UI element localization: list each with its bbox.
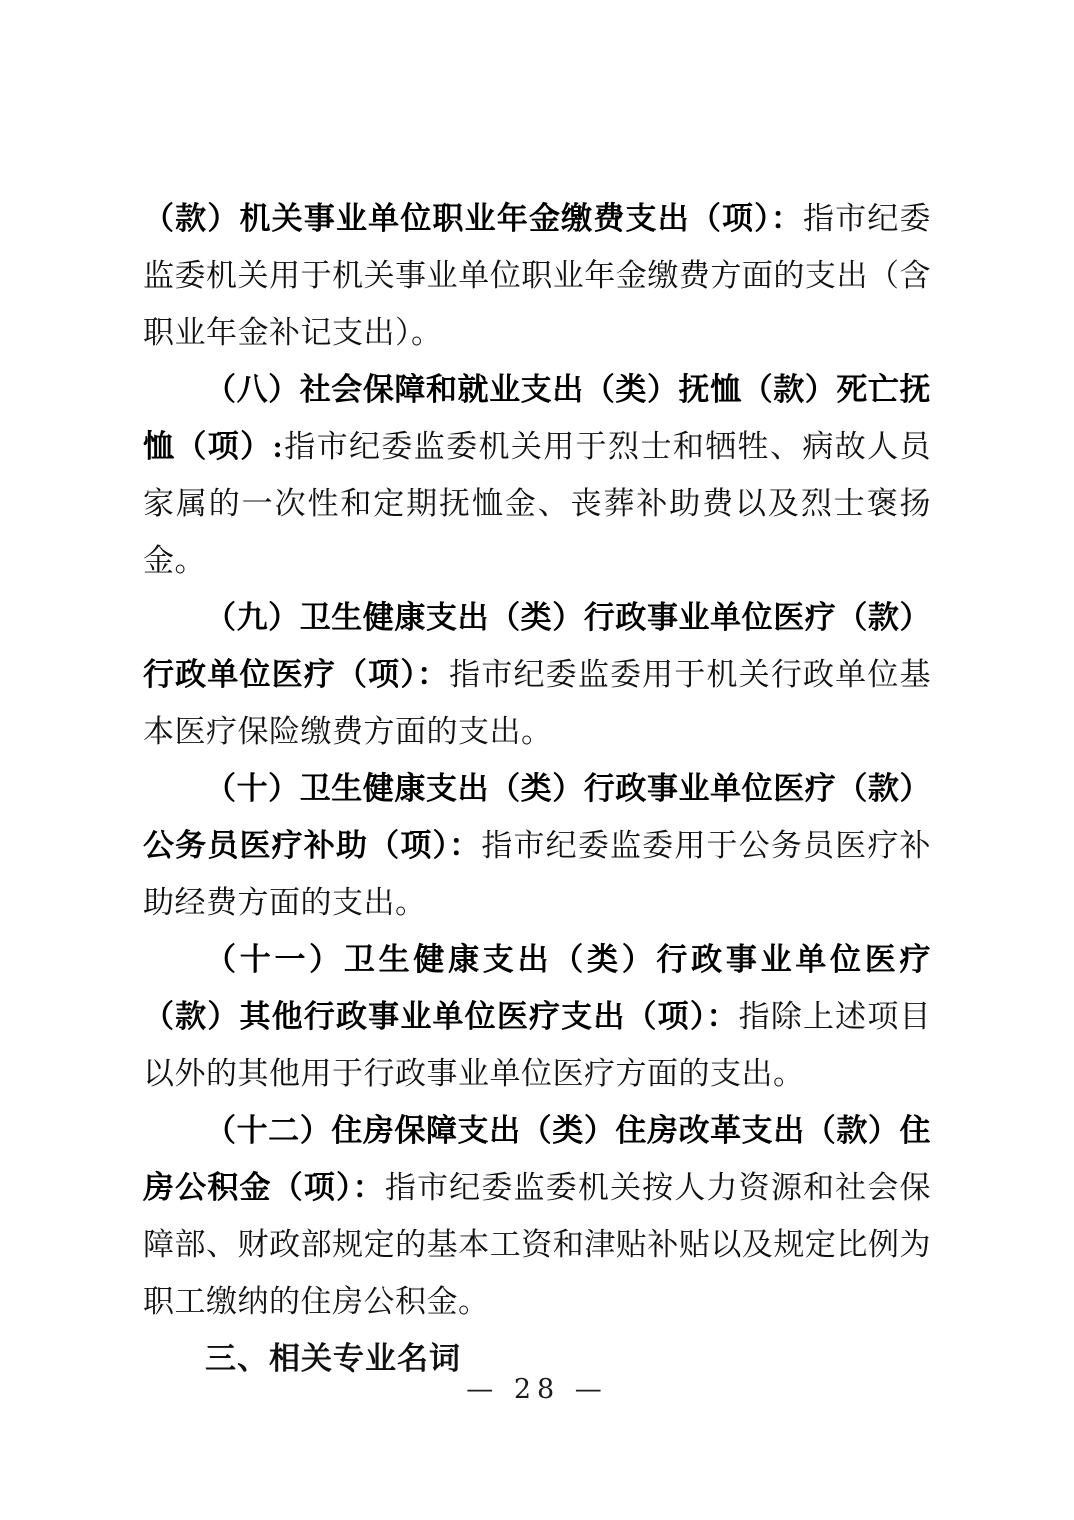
- paragraph: （八）社会保障和就业支出（类）抚恤（款）死亡抚恤（项）:指市纪委监委机关用于烈士…: [143, 361, 931, 589]
- paragraph: （十一）卫生健康支出（类）行政事业单位医疗（款）其他行政事业单位医疗支出（项）：…: [143, 931, 931, 1102]
- paragraph: （九）卫生健康支出（类）行政事业单位医疗（款）行政单位医疗（项）：指市纪委监委用…: [143, 589, 931, 760]
- page-number: — 28 —: [0, 1374, 1074, 1405]
- paragraph: （十二）住房保障支出（类）住房改革支出（款）住房公积金（项）：指市纪委监委机关按…: [143, 1102, 931, 1330]
- paragraph: （款）机关事业单位职业年金缴费支出（项）：指市纪委监委机关用于机关事业单位职业年…: [143, 190, 931, 361]
- document-body: （款）机关事业单位职业年金缴费支出（项）：指市纪委监委机关用于机关事业单位职业年…: [143, 190, 931, 1387]
- expenditure-category-label: （款）机关事业单位职业年金缴费支出（项）：: [143, 201, 803, 236]
- document-page: （款）机关事业单位职业年金缴费支出（项）：指市纪委监委机关用于机关事业单位职业年…: [0, 0, 1074, 1520]
- paragraph: （十）卫生健康支出（类）行政事业单位医疗（款）公务员医疗补助（项）：指市纪委监委…: [143, 760, 931, 931]
